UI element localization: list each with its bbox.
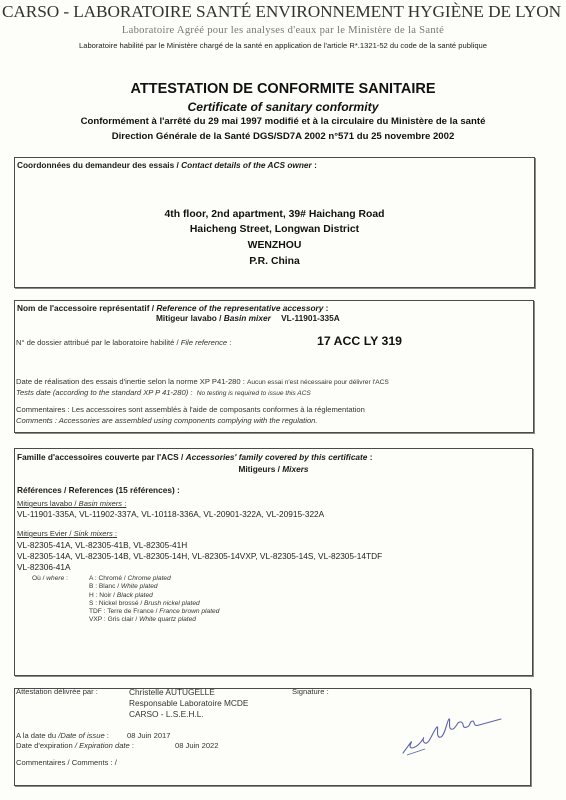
issue-date-value: 08 Juin 2017 — [127, 731, 171, 740]
comment-fr: Commentaires : Les accessoires sont asse… — [16, 405, 365, 414]
file-reference-label: N° de dossier attribué par le laboratoir… — [16, 338, 231, 347]
contact-section: Coordonnées du demandeur des essais / Co… — [14, 157, 535, 288]
legend-row: VXP : Gris clair / White quartz plated — [89, 616, 219, 624]
legend-label: Où / where : — [32, 575, 68, 582]
family-name: Mitigeurs / Mixers — [15, 464, 532, 474]
accessory-label: Nom de l'accessoire représentatif / Refe… — [17, 303, 328, 313]
sink-mixers-title: Mitigeurs Evier / Sink mixers : — [17, 529, 117, 538]
contact-label: Coordonnées du demandeur des essais / Co… — [17, 160, 317, 170]
address-line-1: 4th floor, 2nd apartment, 39# Haichang R… — [15, 209, 534, 220]
tests-date-fr: Date de réalisation des essais d'inertie… — [16, 377, 389, 386]
issuer-name: Christelle AUTUGELLE — [129, 687, 215, 697]
file-reference-value: 17 ACC LY 319 — [317, 334, 402, 348]
document-title: ATTESTATION DE CONFORMITE SANITAIRE — [0, 81, 566, 97]
issuer-org: CARSO - L.S.E.H.L. — [129, 709, 204, 719]
family-section: Famille d'accessoires couverte par l'ACS… — [14, 448, 533, 676]
regulation-line-2: Direction Générale de la Santé DGS/SD7A … — [0, 131, 566, 142]
signature-image — [395, 709, 515, 759]
issuance-section: Attestation délivrée par : Christelle AU… — [14, 688, 531, 786]
legend-row: B : Blanc / White plated — [89, 583, 219, 591]
legend-row: A : Chromé / Chrome plated — [89, 575, 219, 583]
tests-date-en: Tests date (according to the standard XP… — [16, 388, 311, 397]
comments-label: Commentaires / Comments : / — [16, 758, 117, 767]
sink-mixers-refs-3: VL-82306-41A — [17, 562, 71, 572]
legend-row: S : Nickel brossé / Brush nickel plated — [89, 600, 219, 608]
references-title: Références / References (15 références) … — [17, 485, 180, 495]
signature-label: Signature : — [292, 687, 329, 696]
finish-legend: A : Chromé / Chrome platedB : Blanc / Wh… — [89, 575, 219, 625]
basin-mixers-refs: VL-11901-335A, VL-11902-337A, VL-10118-3… — [17, 509, 324, 519]
accessory-section: Nom de l'accessoire représentatif / Refe… — [14, 300, 534, 433]
footer-faded-text — [26, 790, 29, 799]
sink-mixers-refs-1: VL-82305-41A, VL-82305-41B, VL-82305-41H — [17, 540, 187, 550]
legend-row: H : Noir / Black plated — [89, 592, 219, 600]
family-label: Famille d'accessoires couverte par l'ACS… — [17, 452, 373, 462]
address-line-2: Haicheng Street, Longwan District — [15, 224, 534, 235]
expiry-date-label: Date d'expiration / Expiration date : — [16, 741, 134, 750]
comment-en: Comments : Accessories are assembled usi… — [16, 416, 318, 425]
lab-accreditation: Laboratoire Agréé pour les analyses d'ea… — [0, 25, 566, 36]
lab-authorization: Laboratoire habilité par le Ministère ch… — [0, 41, 566, 50]
address-line-3: WENZHOU — [15, 240, 534, 251]
accessory-model: VL-11901-335A — [281, 313, 340, 323]
issuer-role: Responsable Laboratoire MCDE — [129, 698, 248, 708]
expiry-date-value: 08 Juin 2022 — [175, 741, 219, 750]
document-subtitle: Certificate of sanitary conformity — [0, 100, 566, 114]
accessory-name: Mitigeur lavabo / Basin mixer VL-11901-3… — [156, 313, 340, 323]
basin-mixers-title: Mitigeurs lavabo / Basin mixers : — [17, 499, 126, 508]
issued-by-label: Attestation délivrée par : — [16, 687, 98, 696]
sink-mixers-refs-2: VL-82305-14A, VL-82305-14B, VL-82305-14H… — [17, 551, 382, 561]
issue-date-label: A la date du /Date of issue : — [16, 731, 109, 740]
address-line-4: P.R. China — [15, 256, 534, 267]
lab-name: CARSO - LABORATOIRE SANTÉ ENVIRONNEMENT … — [2, 2, 566, 22]
regulation-line-1: Conformément à l'arrêté du 29 mai 1997 m… — [0, 116, 566, 127]
legend-row: TDF : Terre de France / France brown pla… — [89, 608, 219, 616]
